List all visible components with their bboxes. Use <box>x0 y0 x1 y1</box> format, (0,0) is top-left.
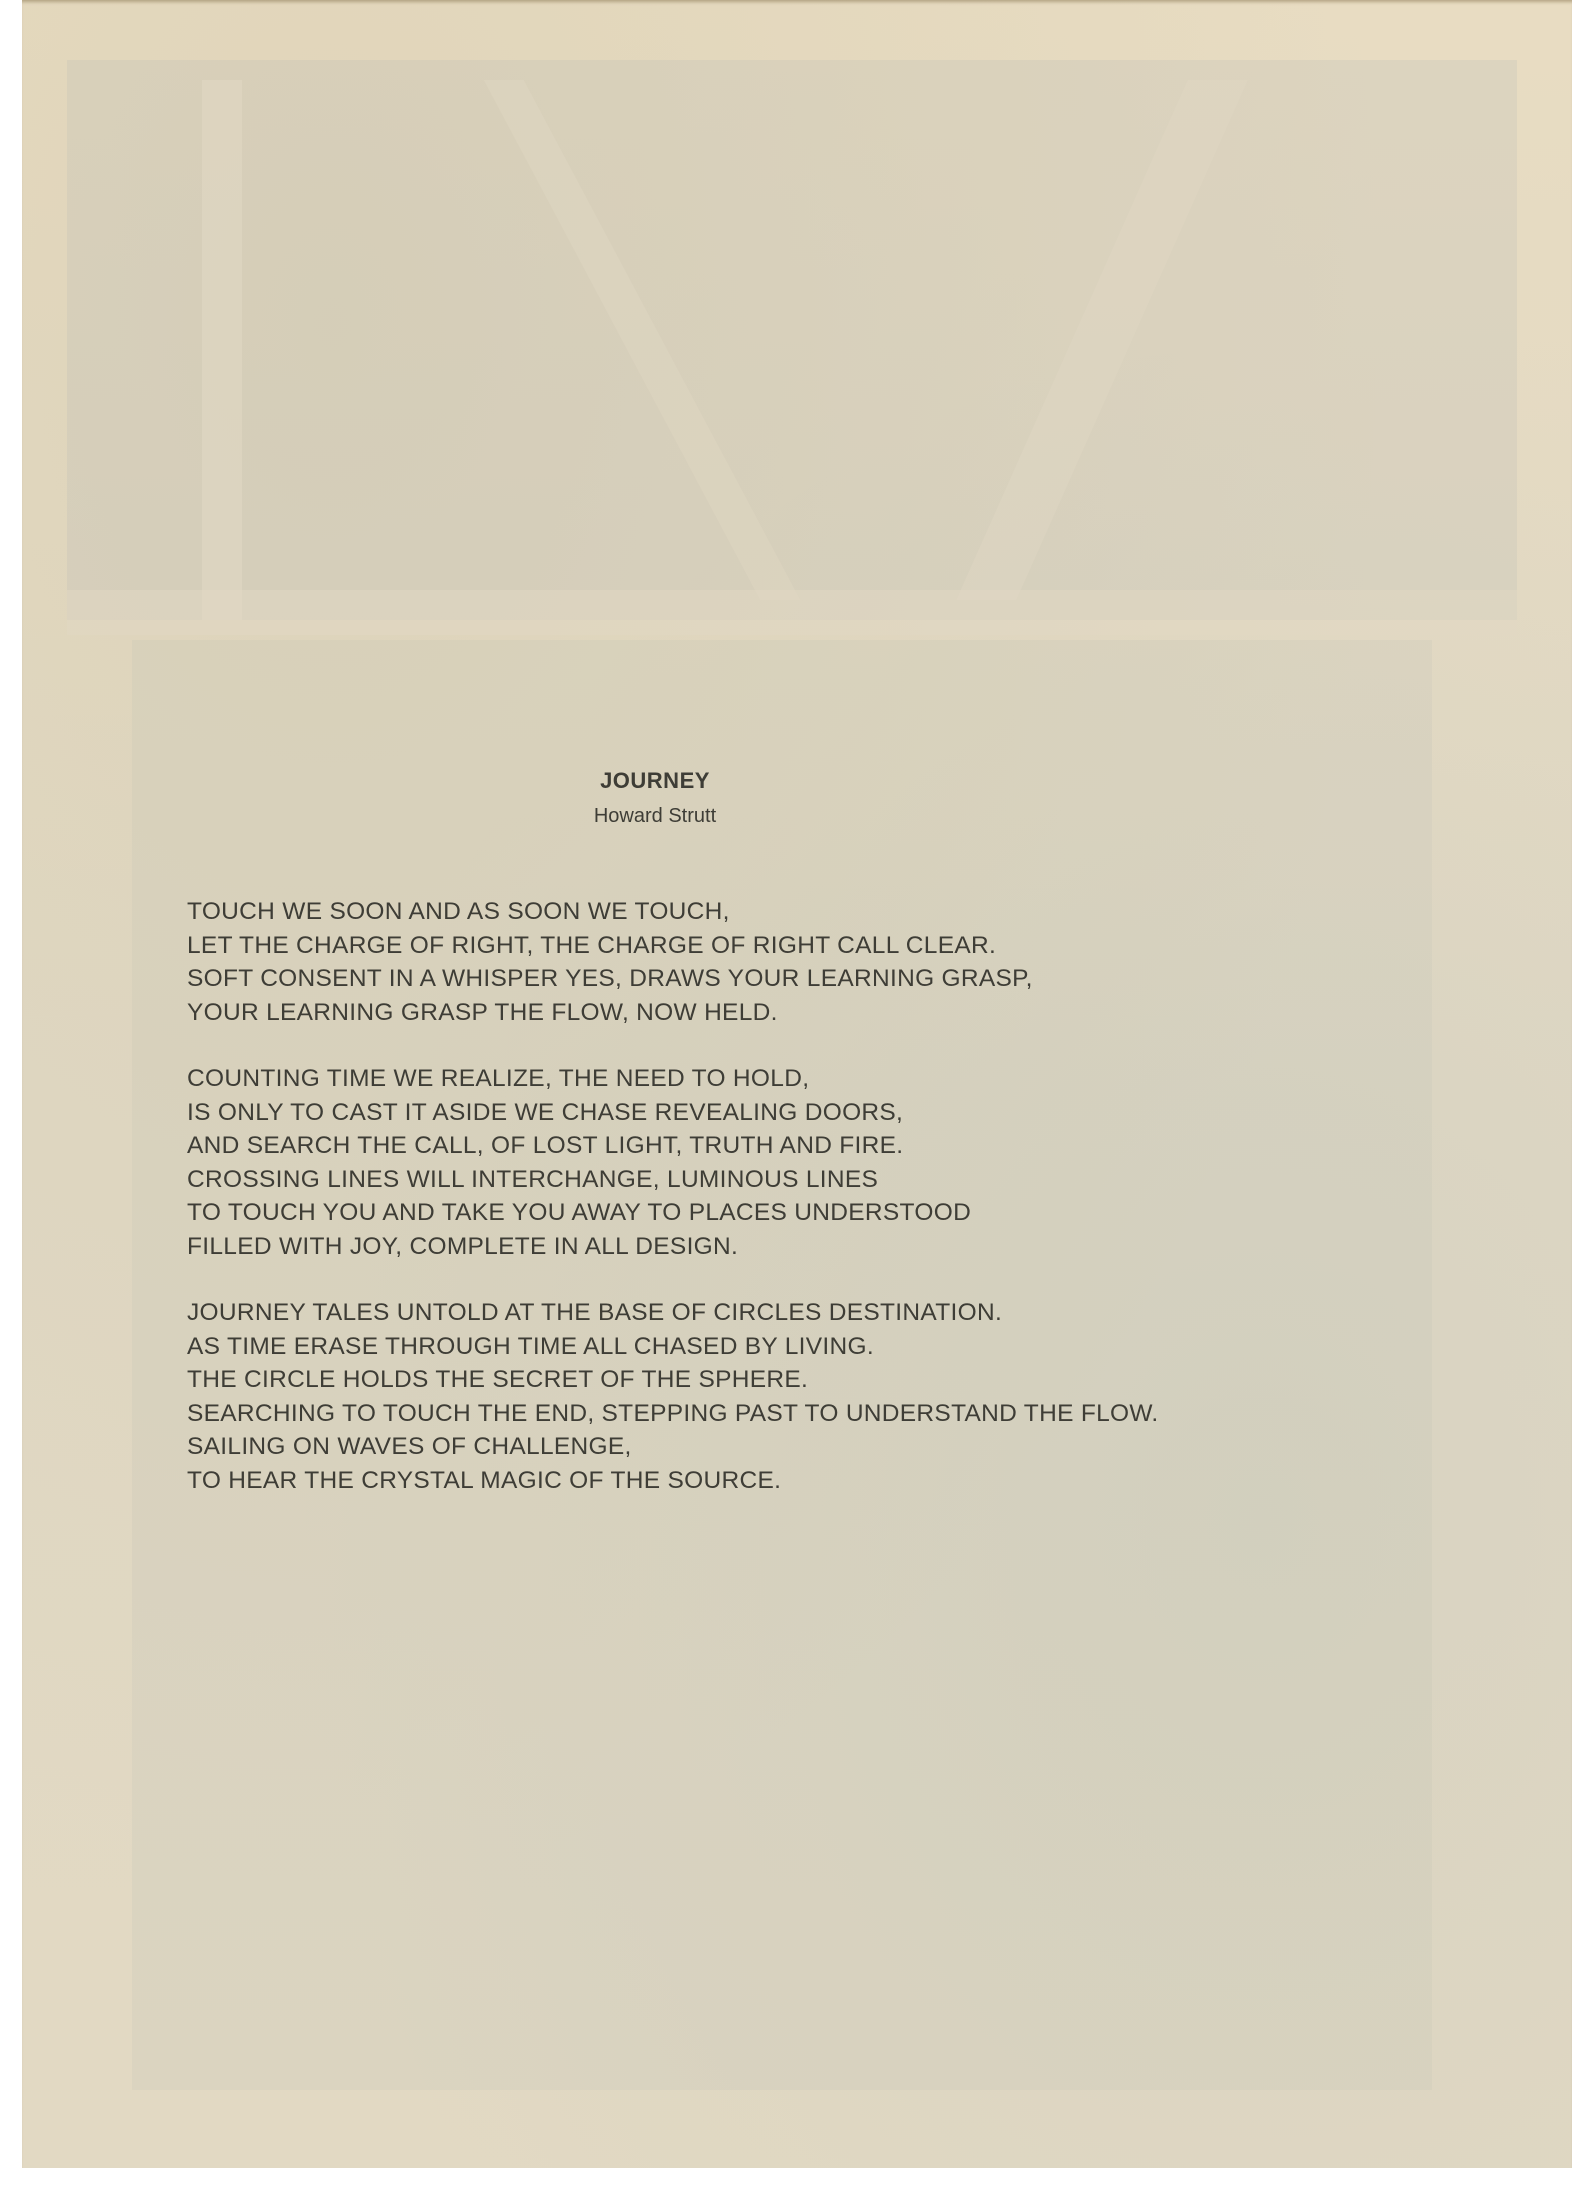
poem-line: FILLED WITH JOY, COMPLETE IN ALL DESIGN. <box>187 1230 1159 1264</box>
show-through-shape <box>956 80 1248 600</box>
poem-line: YOUR LEARNING GRASP THE FLOW, NOW HELD. <box>187 996 1159 1030</box>
show-through-shape <box>202 80 242 620</box>
poem-title: JOURNEY <box>520 768 790 794</box>
show-through-shape <box>484 80 800 600</box>
stanza: JOURNEY TALES UNTOLD AT THE BASE OF CIRC… <box>187 1296 1159 1497</box>
stanza: COUNTING TIME WE REALIZE, THE NEED TO HO… <box>187 1062 1159 1263</box>
poem-line: CROSSING LINES WILL INTERCHANGE, LUMINOU… <box>187 1163 1159 1197</box>
stanza: TOUCH WE SOON AND AS SOON WE TOUCH, LET … <box>187 895 1159 1029</box>
poem-line: TOUCH WE SOON AND AS SOON WE TOUCH, <box>187 895 1159 929</box>
show-through-shape <box>67 60 1517 620</box>
poem-line: LET THE CHARGE OF RIGHT, THE CHARGE OF R… <box>187 929 1159 963</box>
poem-line: SOFT CONSENT IN A WHISPER YES, DRAWS YOU… <box>187 962 1159 996</box>
poem-line: SAILING ON WAVES OF CHALLENGE, <box>187 1430 1159 1464</box>
poem-author: Howard Strutt <box>520 805 790 828</box>
poem-line: SEARCHING TO TOUCH THE END, STEPPING PAS… <box>187 1397 1159 1431</box>
poem-line: COUNTING TIME WE REALIZE, THE NEED TO HO… <box>187 1062 1159 1096</box>
poem-line: JOURNEY TALES UNTOLD AT THE BASE OF CIRC… <box>187 1296 1159 1330</box>
poem-body: TOUCH WE SOON AND AS SOON WE TOUCH, LET … <box>187 895 1159 1530</box>
poem-line: THE CIRCLE HOLDS THE SECRET OF THE SPHER… <box>187 1363 1159 1397</box>
poem-line: AS TIME ERASE THROUGH TIME ALL CHASED BY… <box>187 1330 1159 1364</box>
poem-line: AND SEARCH THE CALL, OF LOST LIGHT, TRUT… <box>187 1129 1159 1163</box>
show-through-shape <box>67 590 1517 635</box>
poem-line: IS ONLY TO CAST IT ASIDE WE CHASE REVEAL… <box>187 1096 1159 1130</box>
poem-line: TO HEAR THE CRYSTAL MAGIC OF THE SOURCE. <box>187 1464 1159 1498</box>
poem-line: TO TOUCH YOU AND TAKE YOU AWAY TO PLACES… <box>187 1196 1159 1230</box>
